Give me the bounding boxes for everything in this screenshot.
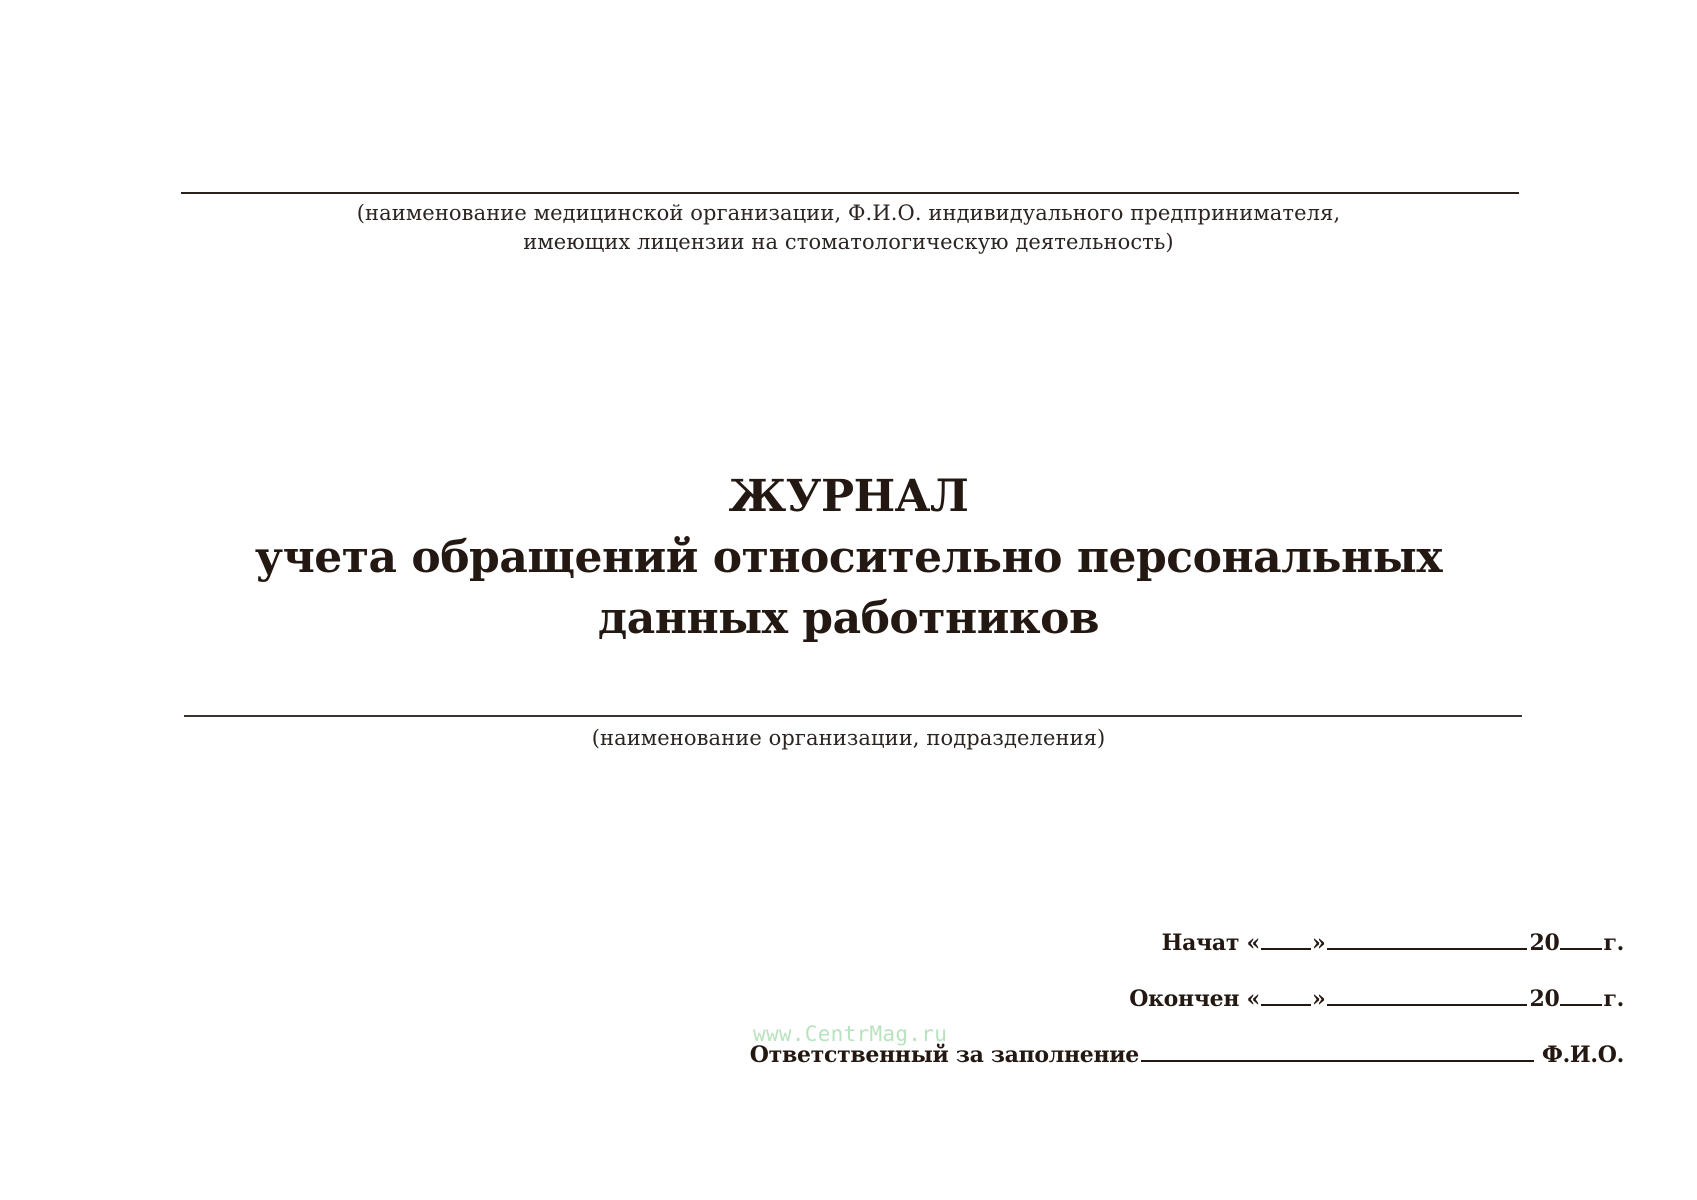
responsible-name-blank xyxy=(1141,1040,1534,1062)
organization-caption-line-2: имеющих лицензии на стоматологическую де… xyxy=(0,228,1697,257)
organization-caption-line-1: (наименование медицинской организации, Ф… xyxy=(0,199,1697,228)
journal-title: ЖУРНАЛ учета обращений относительно перс… xyxy=(0,466,1697,649)
title-line-2: учета обращений относительно персональны… xyxy=(0,527,1697,588)
organization-caption: (наименование медицинской организации, Ф… xyxy=(0,199,1697,257)
started-year-prefix: 20 xyxy=(1529,930,1559,956)
started-year-suffix: г. xyxy=(1603,930,1624,956)
started-label: Начат « xyxy=(1162,930,1260,956)
started-date-row: Начат « » 20 г. xyxy=(1162,928,1624,956)
finished-year-prefix: 20 xyxy=(1529,986,1559,1012)
department-name-line xyxy=(184,715,1522,717)
finished-month-blank xyxy=(1327,984,1527,1006)
responsible-row: Ответственный за заполнение Ф.И.О. xyxy=(750,1040,1624,1068)
journal-cover-page: (наименование медицинской организации, Ф… xyxy=(0,0,1697,1200)
started-quote-close: » xyxy=(1312,930,1325,956)
organization-name-line xyxy=(181,192,1519,194)
finished-quote-close: » xyxy=(1312,986,1325,1012)
finished-year-suffix: г. xyxy=(1603,986,1624,1012)
started-year-blank xyxy=(1560,928,1602,950)
department-caption: (наименование организации, подразделения… xyxy=(0,724,1697,753)
responsible-label: Ответственный за заполнение xyxy=(750,1042,1139,1068)
finished-label: Окончен « xyxy=(1129,986,1260,1012)
title-line-3: данных работников xyxy=(0,588,1697,649)
finished-year-blank xyxy=(1560,984,1602,1006)
started-day-blank xyxy=(1261,928,1311,950)
started-month-blank xyxy=(1327,928,1527,950)
title-line-1: ЖУРНАЛ xyxy=(0,466,1697,527)
finished-day-blank xyxy=(1261,984,1311,1006)
finished-date-row: Окончен « » 20 г. xyxy=(1129,984,1624,1012)
responsible-suffix: Ф.И.О. xyxy=(1542,1042,1624,1068)
